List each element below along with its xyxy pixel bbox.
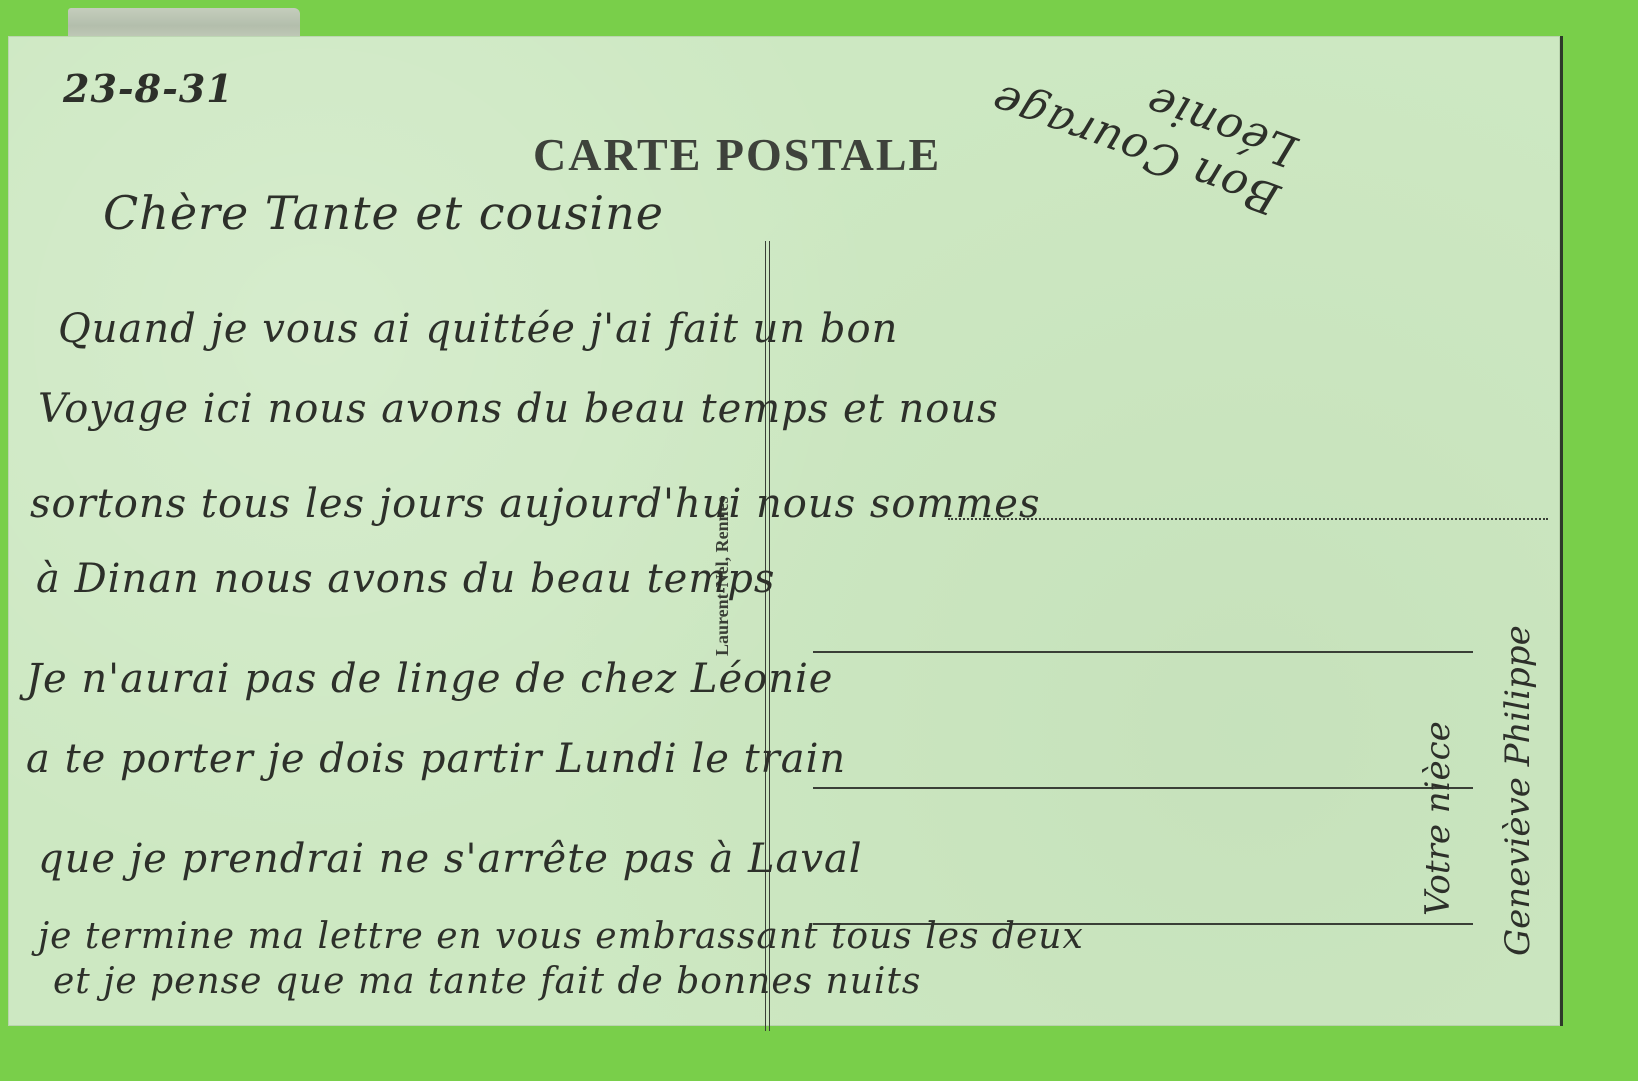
adhesive-tape [68,8,300,38]
body-line-5: Je n'aurai pas de linge de chez Léonie [26,656,833,702]
date: 23-8-31 [63,66,234,111]
address-line-3 [813,787,1473,789]
postcard-header: CARTE POSTALE [533,128,941,181]
signature-line-1: Votre nièce [1418,721,1458,916]
address-line-2 [813,651,1473,653]
salutation: Chère Tante et cousine [103,186,664,240]
signature-line-2: Geneviève Philippe [1498,625,1538,956]
body-line-3: sortons tous les jours aujourd'hui nous … [30,481,1041,527]
body-line-8: je termine ma lettre en vous embrassant … [38,916,1084,957]
body-line-9: et je pense que ma tante fait de bonnes … [53,961,921,1002]
postcard: 23-8-31 CARTE POSTALE Bon Courage Léonie… [8,36,1563,1026]
rotated-address: Bon Courage Léonie [985,25,1304,224]
body-line-7: que je prendrai ne s'arrête pas à Laval [38,836,863,882]
body-line-2: Voyage ici nous avons du beau temps et n… [38,386,999,432]
body-line-1: Quand je vous ai quittée j'ai fait un bo… [58,306,898,352]
center-divider [765,241,770,1031]
body-line-6: a te porter je dois partir Lundi le trai… [26,736,846,782]
body-line-4: à Dinan nous avons du beau temps [36,556,775,602]
